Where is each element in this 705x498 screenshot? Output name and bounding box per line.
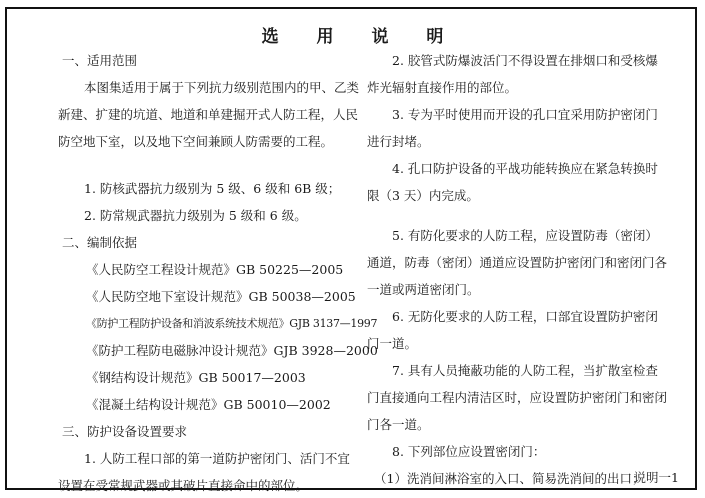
text-line: 门一道。 xyxy=(367,336,417,352)
text-line: 炸光辐射直接作用的部位。 xyxy=(367,80,517,96)
text-line: 6. 无防化要求的人防工程，口部宜设置防护密闭 xyxy=(392,309,658,325)
text-line: 3. 专为平时使用而开设的孔口宜采用防护密闭门 xyxy=(392,107,658,123)
reference-line: 《钢结构设计规范》GB 50017—2003 xyxy=(86,370,306,386)
text-line: 通道，防毒（密闭）通道应设置防护密闭门和密闭门各 xyxy=(367,255,667,271)
text-line: 2. 胶管式防爆波活门不得设置在排烟口和受核爆 xyxy=(392,53,658,69)
text-line: 门直接通向工程内清洁区时，应设置防护密闭门和密闭 xyxy=(367,390,667,406)
page-title: 选 用 说 明 xyxy=(0,22,705,47)
text-line: 限（3 天）内完成。 xyxy=(367,188,479,204)
text-line: （1）洗消间淋浴室的入口、简易洗消间的出口； xyxy=(374,471,644,487)
section-heading: 三、防护设备设置要求 xyxy=(62,424,187,440)
reference-line: 《防护工程防电磁脉冲设计规范》GJB 3928—2000 xyxy=(86,343,378,359)
section-heading: 二、编制依据 xyxy=(62,235,137,251)
text-line: 进行封堵。 xyxy=(367,134,430,150)
reference-line: 《人民防空工程设计规范》GB 50225—2005 xyxy=(86,262,343,278)
reference-line: 《防护工程防护设备和消波系统技术规范》GJB 3137—1997 xyxy=(86,316,377,332)
reference-line: 《混凝土结构设计规范》GB 50010—2002 xyxy=(86,397,331,413)
section-heading: 一、适用范围 xyxy=(62,53,137,69)
text-line: 2. 防常规武器抗力级别为 5 级和 6 级。 xyxy=(84,208,307,224)
text-line: 设置在受常规武器或其破片直接命中的部位。 xyxy=(58,478,308,494)
text-line: 4. 孔口防护设备的平战功能转换应在紧急转换时 xyxy=(392,161,658,177)
reference-line: 《人民防空地下室设计规范》GB 50038—2005 xyxy=(86,289,356,305)
text-line: 5. 有防化要求的人防工程，应设置防毒（密闭） xyxy=(392,228,658,244)
text-line: 本图集适用于属于下列抗力级别范围内的甲、乙类 xyxy=(84,80,359,96)
text-line: 门各一道。 xyxy=(367,417,430,433)
text-line: 防空地下室，以及地下空间兼顾人防需要的工程。 xyxy=(58,134,333,150)
text-line: 7. 具有人员掩蔽功能的人防工程，当扩散室检查 xyxy=(392,363,658,379)
text-line: 一道或两道密闭门。 xyxy=(367,282,480,298)
page-label: 说明一1 xyxy=(634,468,679,486)
text-line: 1. 防核武器抗力级别为 5 级、6 级和 6B 级； xyxy=(84,181,340,197)
text-line: 8. 下列部位应设置密闭门： xyxy=(392,444,545,460)
text-line: 新建、扩建的坑道、地道和单建掘开式人防工程，人民 xyxy=(58,107,358,123)
text-line: 1. 人防工程口部的第一道防护密闭门、活门不宜 xyxy=(84,451,350,467)
